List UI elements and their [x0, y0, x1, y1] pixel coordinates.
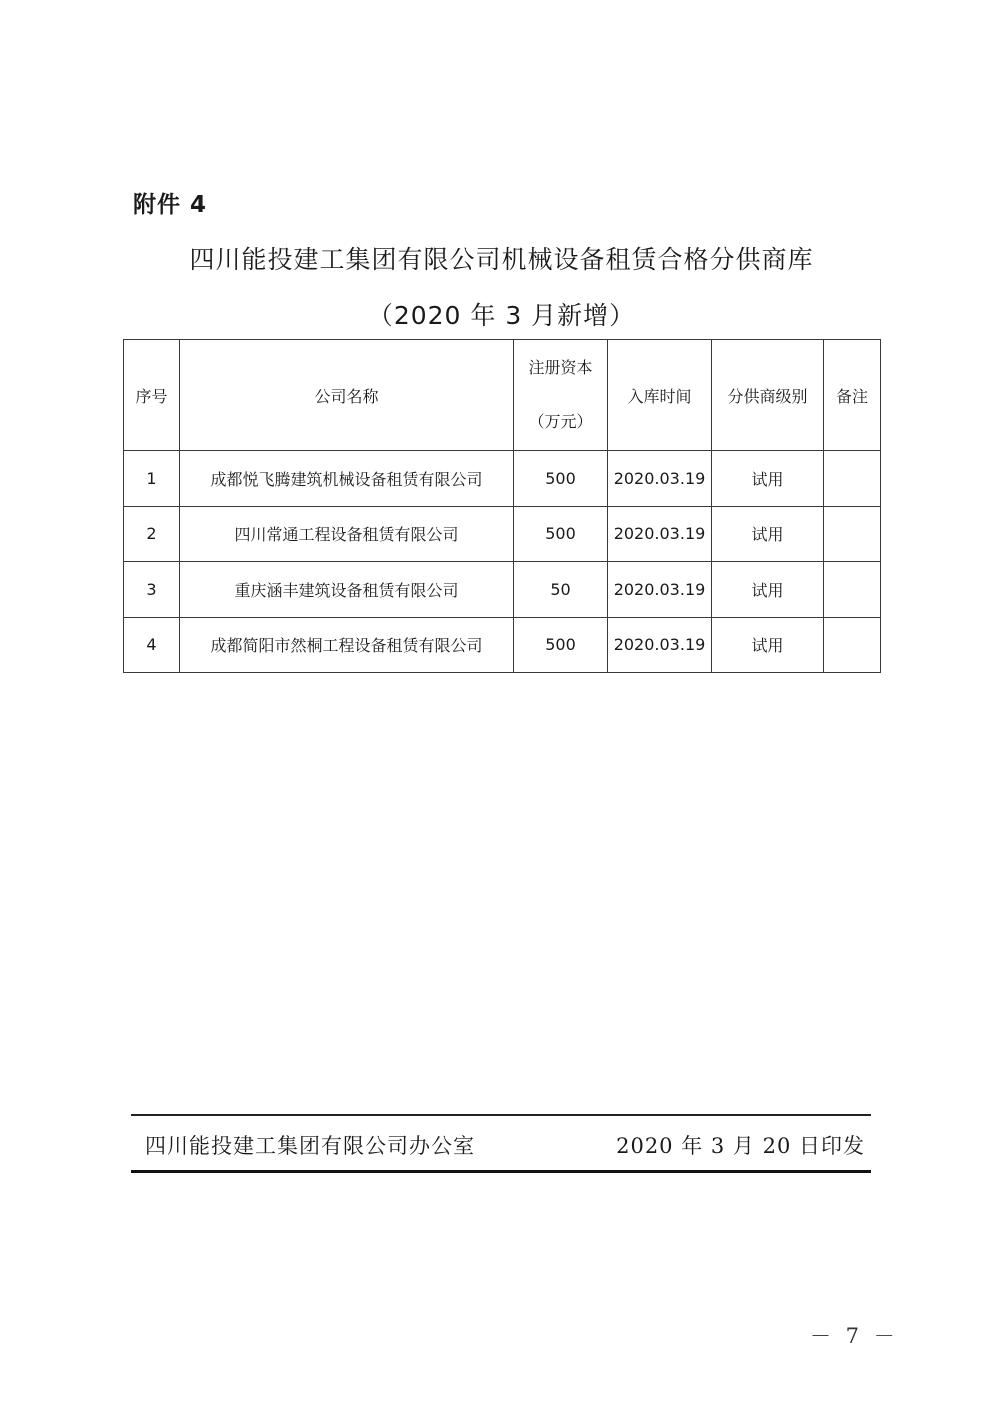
attachment-label: 附件 4: [133, 186, 207, 219]
cell-entry-date: 2020.03.19: [608, 451, 712, 507]
document-title: 四川能投建工集团有限公司机械设备租赁合格分供商库: [0, 240, 993, 276]
header-company: 公司名称: [180, 340, 514, 451]
supplier-table: 序号 公司名称 注册资本 （万元） 入库时间 分供商级别 备注 1 成都悦飞腾建…: [123, 339, 881, 673]
cell-company: 四川常通工程设备租赁有限公司: [180, 506, 514, 562]
cell-capital: 500: [514, 617, 608, 673]
footer-issue-date: 2020 年 3 月 20 日印发: [616, 1130, 865, 1160]
table-row: 2 四川常通工程设备租赁有限公司 500 2020.03.19 试用: [124, 506, 881, 562]
cell-remarks: [824, 506, 881, 562]
cell-index: 2: [124, 506, 180, 562]
table-header-row: 序号 公司名称 注册资本 （万元） 入库时间 分供商级别 备注: [124, 340, 881, 451]
cell-index: 4: [124, 617, 180, 673]
header-capital-line1: 注册资本: [514, 341, 607, 395]
header-remarks: 备注: [824, 340, 881, 451]
cell-remarks: [824, 562, 881, 618]
header-capital-line2: （万元）: [514, 395, 607, 449]
cell-capital: 50: [514, 562, 608, 618]
footer-divider-top: [131, 1114, 871, 1116]
cell-entry-date: 2020.03.19: [608, 562, 712, 618]
cell-entry-date: 2020.03.19: [608, 617, 712, 673]
header-index: 序号: [124, 340, 180, 451]
footer-divider-bottom: [131, 1170, 871, 1173]
cell-index: 1: [124, 451, 180, 507]
cell-company: 成都悦飞腾建筑机械设备租赁有限公司: [180, 451, 514, 507]
cell-capital: 500: [514, 451, 608, 507]
table-row: 4 成都简阳市然桐工程设备租赁有限公司 500 2020.03.19 试用: [124, 617, 881, 673]
table-row: 3 重庆涵丰建筑设备租赁有限公司 50 2020.03.19 试用: [124, 562, 881, 618]
cell-level: 试用: [712, 506, 824, 562]
cell-level: 试用: [712, 617, 824, 673]
cell-capital: 500: [514, 506, 608, 562]
cell-company: 重庆涵丰建筑设备租赁有限公司: [180, 562, 514, 618]
footer-issuer: 四川能投建工集团有限公司办公室: [145, 1130, 475, 1160]
header-entry-date: 入库时间: [608, 340, 712, 451]
cell-level: 试用: [712, 562, 824, 618]
cell-index: 3: [124, 562, 180, 618]
table-row: 1 成都悦飞腾建筑机械设备租赁有限公司 500 2020.03.19 试用: [124, 451, 881, 507]
cell-company: 成都简阳市然桐工程设备租赁有限公司: [180, 617, 514, 673]
cell-remarks: [824, 617, 881, 673]
page-number: － 7 －: [810, 1320, 899, 1350]
cell-level: 试用: [712, 451, 824, 507]
cell-remarks: [824, 451, 881, 507]
cell-entry-date: 2020.03.19: [608, 506, 712, 562]
header-capital: 注册资本 （万元）: [514, 340, 608, 451]
document-subtitle: （2020 年 3 月新增）: [0, 296, 993, 332]
header-level: 分供商级别: [712, 340, 824, 451]
